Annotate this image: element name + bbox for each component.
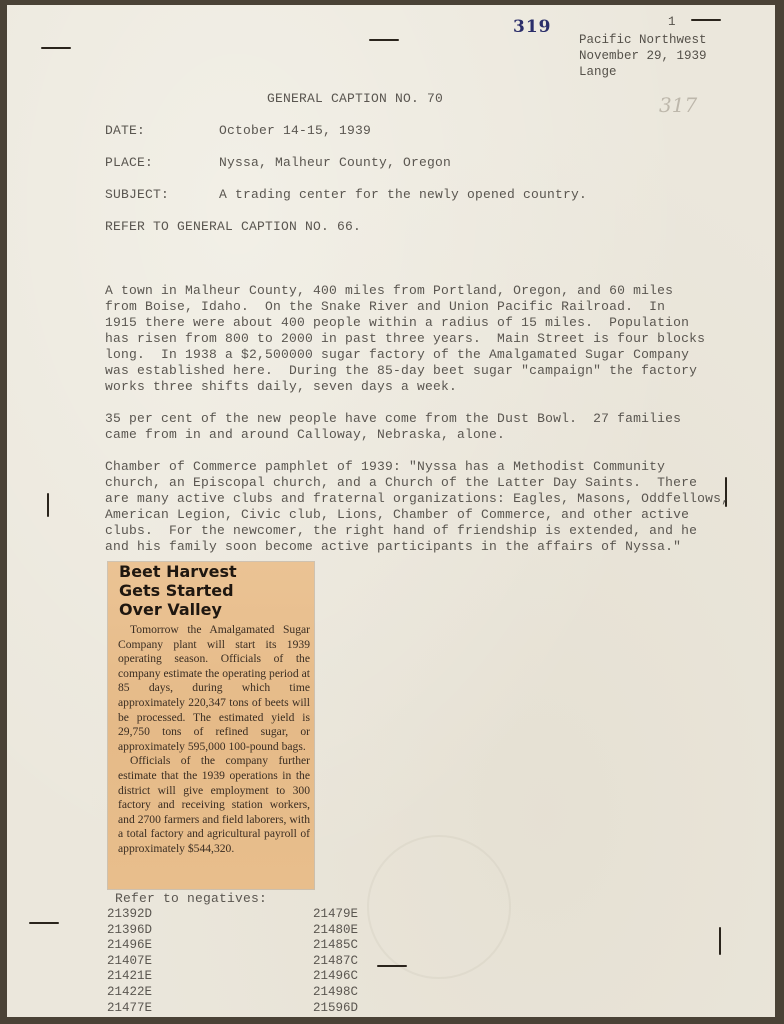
text-line: Chamber of Commerce pamphlet of 1939: "N… (105, 459, 665, 475)
binding-mark (691, 19, 721, 21)
photographer: Lange (579, 65, 617, 79)
header-info: Pacific Northwest November 29, 1939 Lang… (579, 32, 707, 80)
date-label: DATE: (105, 123, 145, 139)
clipping-paragraph-1: Tomorrow the Amalgamated Sugar Company p… (118, 623, 310, 754)
subject-value: A trading center for the newly opened co… (219, 187, 587, 203)
text-line: A town in Malheur County, 400 miles from… (105, 283, 673, 299)
document-page: 319 1 Pacific Northwest November 29, 193… (7, 5, 775, 1017)
text-line: church, an Episcopal church, and a Churc… (105, 475, 697, 491)
text-line: from Boise, Idaho. On the Snake River an… (105, 299, 665, 315)
binding-mark (29, 922, 59, 924)
clipping-headline: Beet Harvest Gets Started Over Valley (119, 562, 237, 619)
text-line: 1915 there were about 400 people within … (105, 315, 689, 331)
place-value: Nyssa, Malheur County, Oregon (219, 155, 451, 171)
pencil-note: 317 (659, 93, 697, 117)
text-line: came from in and around Calloway, Nebras… (105, 427, 505, 443)
embossed-seal (367, 835, 511, 979)
negative-id: 21498C (313, 985, 358, 1001)
text-line: has risen from 800 to 2000 in past three… (105, 331, 705, 347)
binding-mark (47, 493, 49, 517)
subject-label: SUBJECT: (105, 187, 169, 203)
negatives-right-column: 21479E 21480E 21485C 21487C 21496C 21498… (313, 907, 358, 1016)
text-line: long. In 1938 a $2,500000 sugar factory … (105, 347, 689, 363)
binding-mark (41, 47, 71, 49)
page-number: 1 (668, 15, 676, 29)
negative-id: 21485C (313, 938, 358, 954)
clipping-article: Tomorrow the Amalgamated Sugar Company p… (118, 623, 310, 857)
negative-id: 21407E (107, 954, 152, 970)
stamp-number: 319 (513, 17, 552, 37)
place-label: PLACE: (105, 155, 153, 171)
text-line: clubs. For the newcomer, the right hand … (105, 523, 697, 539)
newspaper-clipping: Beet Harvest Gets Started Over Valley To… (108, 562, 314, 889)
text-line: 35 per cent of the new people have come … (105, 411, 681, 427)
negative-id: 21496E (107, 938, 152, 954)
text-line: are many active clubs and fraternal orga… (105, 491, 729, 507)
negative-id: 21422E (107, 985, 152, 1001)
negative-id: 21396D (107, 923, 152, 939)
negative-id: 21487C (313, 954, 358, 970)
text-line: was established here. During the 85-day … (105, 363, 697, 379)
date-value: October 14-15, 1939 (219, 123, 371, 139)
caption-title: GENERAL CAPTION NO. 70 (267, 91, 443, 107)
negative-id: 21392D (107, 907, 152, 923)
negative-id: 21479E (313, 907, 358, 923)
negative-id: 21496C (313, 969, 358, 985)
text-line: works three shifts daily, seven days a w… (105, 379, 457, 395)
header-date: November 29, 1939 (579, 49, 707, 63)
negative-id: 21477E (107, 1001, 152, 1017)
text-line: and his family soon become active partic… (105, 539, 681, 555)
binding-mark (369, 39, 399, 41)
text-line: American Legion, Civic club, Lions, Cham… (105, 507, 689, 523)
region: Pacific Northwest (579, 33, 707, 47)
clipping-paragraph-2: Officials of the company further estimat… (118, 754, 310, 856)
binding-mark (719, 927, 721, 955)
negatives-left-column: 21392D 21396D 21496E 21407E 21421E 21422… (107, 907, 152, 1016)
binding-mark (377, 965, 407, 967)
refer-caption: REFER TO GENERAL CAPTION NO. 66. (105, 219, 361, 235)
negative-id: 21480E (313, 923, 358, 939)
negative-id: 21596D (313, 1001, 358, 1017)
negatives-title: Refer to negatives: (115, 891, 267, 907)
negative-id: 21421E (107, 969, 152, 985)
